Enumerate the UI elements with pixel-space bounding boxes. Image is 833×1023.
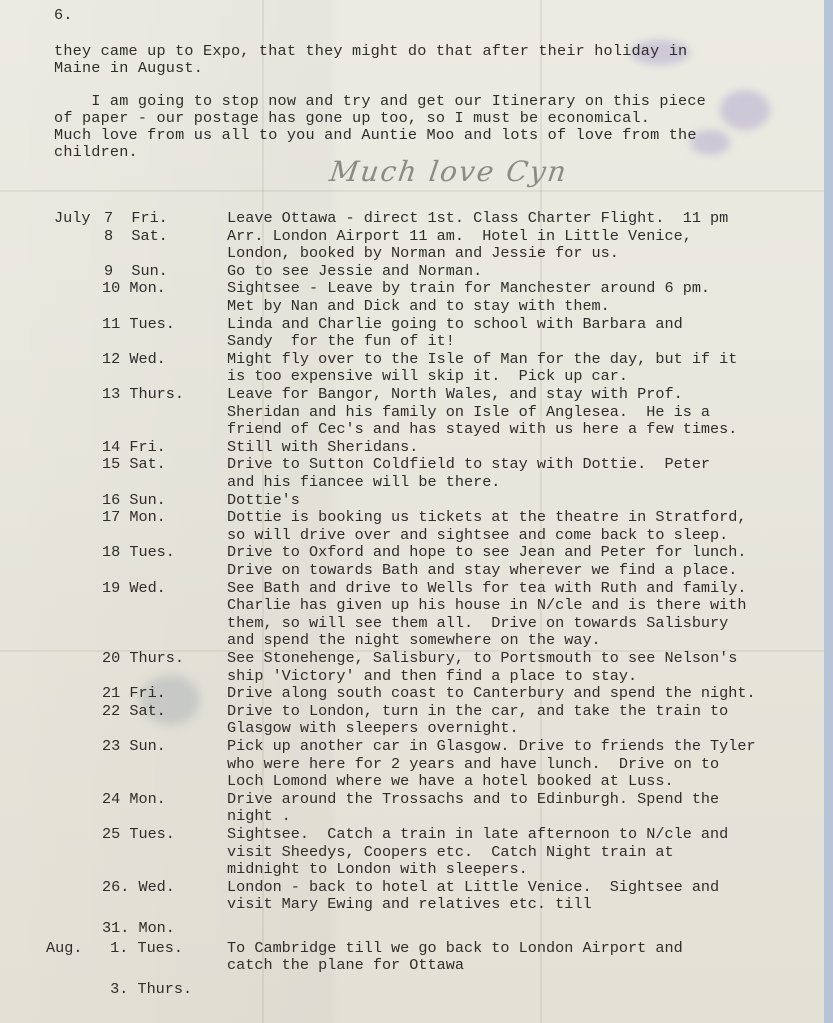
itinerary-day: 10 Mon. bbox=[102, 280, 166, 297]
itinerary-entry-line: Leave for Bangor, North Wales, and stay … bbox=[227, 386, 683, 403]
itinerary-day: 19 Wed. bbox=[102, 580, 166, 597]
itinerary-entry-line: midnight to London with sleepers. bbox=[227, 861, 528, 878]
itinerary-day: 8 Sat. bbox=[104, 228, 168, 245]
itinerary-entry-line: Dottie's bbox=[227, 492, 300, 509]
itinerary-entry-line: and his fiancee will be there. bbox=[227, 474, 500, 491]
itinerary-entry-line: Drive to London, turn in the car, and ta… bbox=[227, 703, 728, 720]
itinerary-day: 25 Tues. bbox=[102, 826, 175, 843]
itinerary-entry-line: Drive around the Trossachs and to Edinbu… bbox=[227, 791, 719, 808]
paragraph-line: of paper - our postage has gone up too, … bbox=[54, 110, 650, 127]
itinerary-day: 7 Fri. bbox=[104, 210, 168, 227]
paragraph-line: I am going to stop now and try and get o… bbox=[54, 93, 706, 110]
itinerary-entry-line: Might fly over to the Isle of Man for th… bbox=[227, 351, 737, 368]
itinerary-entry-line: Met by Nan and Dick and to stay with the… bbox=[227, 298, 610, 315]
paper-fold bbox=[0, 190, 824, 192]
itinerary-day: 17 Mon. bbox=[102, 509, 166, 526]
itinerary-entry-line: and spend the night somewhere on the way… bbox=[227, 632, 601, 649]
itinerary-day: 13 Thurs. bbox=[102, 386, 184, 403]
itinerary-entry-line: is too expensive will skip it. Pick up c… bbox=[227, 368, 628, 385]
itinerary-day: 1. Tues. bbox=[101, 940, 183, 957]
itinerary-day: 22 Sat. bbox=[102, 703, 166, 720]
paragraph-line: Maine in August. bbox=[54, 60, 203, 77]
itinerary-entry-line: See Bath and drive to Wells for tea with… bbox=[227, 580, 747, 597]
itinerary-entry-line: Sandy for the fun of it! bbox=[227, 333, 455, 350]
itinerary-entry-line: Drive to Oxford and hope to see Jean and… bbox=[227, 544, 747, 561]
itinerary-entry-line: London - back to hotel at Little Venice.… bbox=[227, 879, 719, 896]
itinerary-entry-line: catch the plane for Ottawa bbox=[227, 957, 464, 974]
itinerary-entry-line: Dottie is booking us tickets at the thea… bbox=[227, 509, 747, 526]
itinerary-day: 11 Tues. bbox=[102, 316, 175, 333]
itinerary-day: 15 Sat. bbox=[102, 456, 166, 473]
itinerary-day: 24 Mon. bbox=[102, 791, 166, 808]
itinerary-entry-line: Drive along south coast to Canterbury an… bbox=[227, 685, 756, 702]
itinerary-entry-line: London, booked by Norman and Jessie for … bbox=[227, 245, 619, 262]
itinerary-entry-line: so will drive over and sightsee and come… bbox=[227, 527, 728, 544]
itinerary-month: Aug. bbox=[46, 940, 82, 957]
itinerary-day: 31. Mon. bbox=[102, 920, 175, 937]
itinerary-entry-line: them, so will see them all. Drive on tow… bbox=[227, 615, 728, 632]
letter-page: 6. they came up to Expo, that they might… bbox=[0, 0, 824, 1023]
handwritten-signature: Much love Cyn bbox=[328, 155, 570, 188]
itinerary-entry-line: night . bbox=[227, 808, 291, 825]
itinerary-entry-line: Charlie has given up his house in N/cle … bbox=[227, 597, 747, 614]
itinerary-entry-line: Drive to Sutton Coldfield to stay with D… bbox=[227, 456, 710, 473]
ink-blot bbox=[720, 90, 770, 130]
paragraph-line: children. bbox=[54, 144, 138, 161]
itinerary-entry-line: Pick up another car in Glasgow. Drive to… bbox=[227, 738, 756, 755]
itinerary-day: 23 Sun. bbox=[102, 738, 166, 755]
itinerary-day: 16 Sun. bbox=[102, 492, 166, 509]
itinerary-entry-line: Go to see Jessie and Norman. bbox=[227, 263, 482, 280]
itinerary-entry-line: Linda and Charlie going to school with B… bbox=[227, 316, 683, 333]
itinerary-day: 9 Sun. bbox=[104, 263, 168, 280]
paragraph-line: Much love from us all to you and Auntie … bbox=[54, 127, 697, 144]
itinerary-entry-line: Loch Lomond where we have a hotel booked… bbox=[227, 773, 674, 790]
itinerary-entry-line: To Cambridge till we go back to London A… bbox=[227, 940, 683, 957]
itinerary-entry-line: Sightsee - Leave by train for Manchester… bbox=[227, 280, 710, 297]
itinerary-month: July bbox=[54, 210, 90, 227]
itinerary-entry-line: See Stonehenge, Salisbury, to Portsmouth… bbox=[227, 650, 737, 667]
paragraph-line: they came up to Expo, that they might do… bbox=[54, 43, 687, 60]
itinerary-entry-line: Drive on towards Bath and stay wherever … bbox=[227, 562, 737, 579]
page-number: 6. bbox=[54, 7, 73, 24]
itinerary-day: 12 Wed. bbox=[102, 351, 166, 368]
itinerary-day: 14 Fri. bbox=[102, 439, 166, 456]
itinerary-entry-line: who were here for 2 years and have lunch… bbox=[227, 756, 719, 773]
itinerary-day: 26. Wed. bbox=[102, 879, 175, 896]
itinerary-entry-line: friend of Cec's and has stayed with us h… bbox=[227, 421, 737, 438]
itinerary-entry-line: Sheridan and his family on Isle of Angle… bbox=[227, 404, 710, 421]
itinerary-entry-line: ship 'Victory' and then find a place to … bbox=[227, 668, 637, 685]
itinerary-entry-line: Sightsee. Catch a train in late afternoo… bbox=[227, 826, 728, 843]
itinerary-day: 18 Tues. bbox=[102, 544, 175, 561]
itinerary-day: 3. Thurs. bbox=[101, 981, 192, 998]
itinerary-entry-line: Leave Ottawa - direct 1st. Class Charter… bbox=[227, 210, 728, 227]
itinerary-entry-line: visit Mary Ewing and relatives etc. till bbox=[227, 896, 592, 913]
itinerary-entry-line: Glasgow with sleepers overnight. bbox=[227, 720, 519, 737]
itinerary-day: 21 Fri. bbox=[102, 685, 166, 702]
itinerary-day: 20 Thurs. bbox=[102, 650, 184, 667]
itinerary-entry-line: Still with Sheridans. bbox=[227, 439, 418, 456]
background-edge bbox=[824, 0, 833, 1023]
itinerary-entry-line: Arr. London Airport 11 am. Hotel in Litt… bbox=[227, 228, 692, 245]
itinerary-entry-line: visit Sheedys, Coopers etc. Catch Night … bbox=[227, 844, 674, 861]
